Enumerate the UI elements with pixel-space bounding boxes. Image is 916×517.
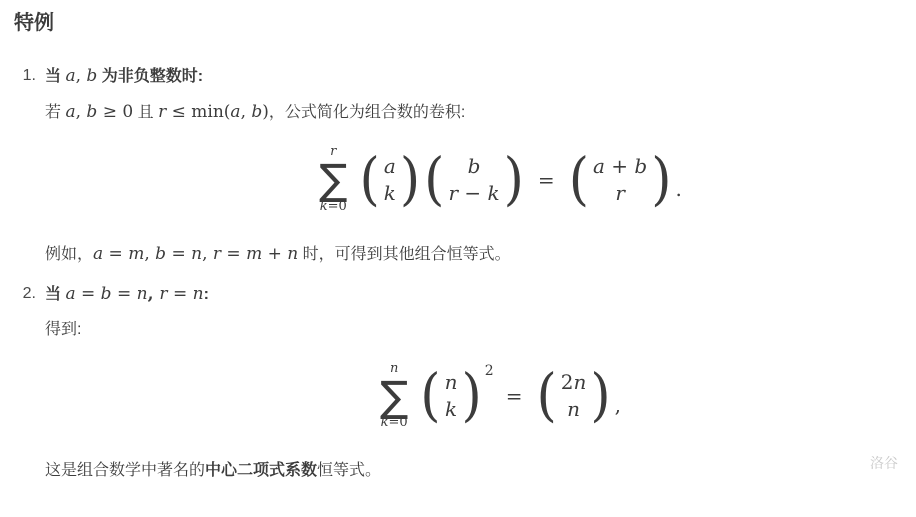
math-segment: k (445, 396, 457, 423)
equals-sign: = (538, 168, 555, 192)
text-segment: 当 (45, 68, 65, 85)
bold-term: 中心二项式系数 (205, 462, 317, 479)
math-segment: r (615, 180, 625, 207)
math-segment: ≥ 0 (97, 102, 133, 122)
item1-condition-text: 若 a, b ≥ 0 且 r ≤ min(a, b)，公式简化为组合数的卷积: (45, 100, 896, 126)
left-paren: ( (569, 151, 589, 208)
math-segment: b (468, 153, 481, 180)
text-segment: 且 (133, 104, 158, 121)
text-segment: 例如， (45, 246, 93, 263)
math-segment: n (193, 284, 204, 304)
math-segment: b (86, 102, 97, 122)
sigma-icon: ∑ (380, 378, 408, 416)
math-segment: n (137, 284, 148, 304)
list-item-content: 当 a = b = n, r = n: 得到: n ∑ k=0 ( nk ) 2… (45, 283, 896, 482)
right-paren: ) (590, 368, 610, 425)
list-marker: 1. (14, 65, 36, 267)
binomial-2n-n: ( 2nn ) (536, 369, 610, 423)
left-paren: ( (424, 151, 444, 208)
left-paren: ( (359, 151, 379, 208)
math-segment: = (112, 284, 137, 304)
text-segment: 当 (45, 286, 65, 303)
math-segment: b (155, 244, 166, 264)
binomial-b-rk: ( br − k ) (424, 153, 524, 207)
math-segment: , (241, 102, 252, 122)
item2-heading: 当 a = b = n, r = n: (45, 283, 896, 306)
binomial-a-k: ( ak ) (359, 153, 420, 207)
formula-punctuation: , (615, 393, 621, 417)
list-marker: 2. (14, 283, 36, 482)
binomial-n-k: ( nk ) (420, 369, 481, 423)
math-segment: a (65, 102, 75, 122)
list-item-central-binomial: 2. 当 a = b = n, r = n: 得到: n ∑ k=0 ( nk … (14, 283, 896, 482)
formula-vandermonde-convolution: r ∑ k=0 ( ak ) ( br − k ) = (75, 145, 916, 213)
math-segment: = (76, 284, 101, 304)
list-item-nonnegative-integers: 1. 当 a, b 为非负整数时: 若 a, b ≥ 0 且 r ≤ min(a… (14, 65, 896, 267)
math-segment: k (488, 181, 500, 205)
math-segment: a (593, 154, 605, 178)
math-segment: n (445, 369, 458, 396)
item1-example-text: 例如，a = m, b = n, r = m + n 时，可得到其他组合恒等式。 (45, 242, 896, 268)
math-segment: b (101, 284, 112, 304)
math-segment: k (384, 180, 396, 207)
text-segment: 这是组合数学中著名的 (45, 462, 205, 479)
math-segment: a (230, 102, 240, 122)
article-page: 特例 1. 当 a, b 为非负整数时: 若 a, b ≥ 0 且 r ≤ mi… (0, 0, 916, 483)
math-segment: + (262, 244, 287, 264)
math-segment: m (128, 244, 144, 264)
binomial-ab-r: ( a + br ) (569, 153, 672, 207)
math-segment: , (202, 244, 213, 264)
math-segment: = (168, 284, 193, 304)
math-segment: r (448, 181, 458, 205)
left-paren: ( (536, 368, 556, 425)
math-segment: , (76, 102, 87, 122)
math-segment: = (103, 244, 128, 264)
math-segment: m (246, 244, 262, 264)
page-title: 特例 (14, 12, 896, 35)
text-segment: 时，可得到其他组合恒等式。 (298, 246, 510, 263)
math-segment: a (65, 66, 75, 86)
item2-lead-text: 得到: (45, 318, 896, 342)
math-segment: + (605, 154, 634, 178)
formula-punctuation: . (676, 177, 682, 201)
math-segment: , (144, 244, 155, 264)
text-segment: ，公式简化为组合数的卷积: (269, 104, 465, 121)
math-segment: , (148, 284, 160, 304)
text-segment: 为非负整数时: (97, 68, 203, 85)
math-segment: k (320, 199, 328, 214)
sum-lower-limit: k=0 (381, 416, 408, 430)
math-segment: ≤ min( (166, 102, 230, 122)
math-segment: a (93, 244, 103, 264)
math-segment: a (65, 284, 75, 304)
item1-heading: 当 a, b 为非负整数时: (45, 65, 896, 88)
math-segment: =0 (328, 199, 347, 214)
math-segment: ) (262, 102, 269, 122)
sum-lower-limit: k=0 (320, 200, 347, 214)
math-segment: n (573, 370, 586, 394)
math-segment: =0 (388, 415, 407, 430)
math-segment: − (458, 181, 487, 205)
math-segment: , (76, 66, 87, 86)
right-paren: ) (461, 368, 481, 425)
math-segment: r (159, 284, 167, 304)
exponent: 2 (485, 363, 494, 379)
item2-conclusion-text: 这是组合数学中著名的中心二项式系数恒等式。 (45, 459, 896, 483)
math-segment: = (166, 244, 191, 264)
formula-central-binomial: n ∑ k=0 ( nk ) 2 = ( 2nn ) (75, 362, 916, 430)
math-segment: r (213, 244, 221, 264)
list-item-content: 当 a, b 为非负整数时: 若 a, b ≥ 0 且 r ≤ min(a, b… (45, 65, 896, 267)
special-cases-list: 1. 当 a, b 为非负整数时: 若 a, b ≥ 0 且 r ≤ min(a… (14, 65, 896, 483)
text-segment: 若 (45, 104, 65, 121)
math-segment: n (191, 244, 202, 264)
math-segment: a (384, 153, 396, 180)
summation-operator: r ∑ k=0 (319, 145, 347, 213)
math-segment: r (158, 102, 166, 122)
right-paren: ) (504, 151, 524, 208)
equals-sign: = (506, 384, 523, 408)
math-segment: n (567, 396, 580, 423)
text-segment: 得到: (45, 321, 81, 338)
math-segment: = (221, 244, 246, 264)
right-paren: ) (400, 151, 420, 208)
left-paren: ( (420, 368, 440, 425)
right-paren: ) (651, 151, 671, 208)
text-segment: : (204, 286, 209, 303)
text-segment: 恒等式。 (317, 462, 381, 479)
math-segment: b (634, 154, 647, 178)
math-segment: 2 (561, 370, 574, 394)
math-segment: n (287, 244, 298, 264)
math-segment: b (251, 102, 262, 122)
math-segment: b (86, 66, 97, 86)
summation-operator: n ∑ k=0 (380, 362, 408, 430)
watermark: 洛谷 (870, 453, 898, 473)
sigma-icon: ∑ (319, 161, 347, 199)
